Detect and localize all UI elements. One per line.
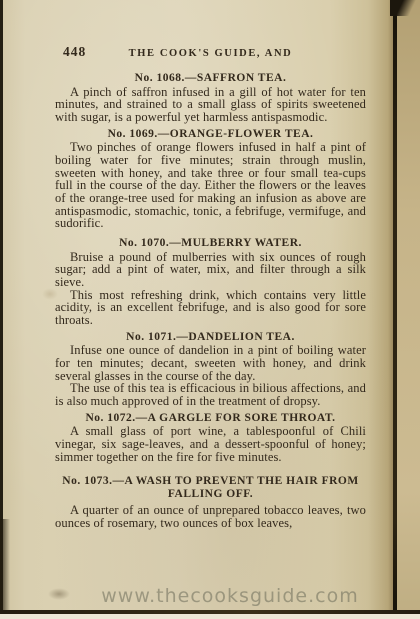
section-heading-1068: No. 1068.—SAFFRON TEA. bbox=[55, 72, 366, 85]
watermark-text: www.thecooksguide.com bbox=[40, 585, 420, 607]
page-content: 448 THE COOK'S GUIDE, AND No. 1068.—SAFF… bbox=[55, 46, 366, 530]
section-paragraph: A small glass of port wine, a tablespoon… bbox=[55, 425, 366, 463]
adjacent-page-edge bbox=[397, 0, 420, 614]
page-header: 448 THE COOK'S GUIDE, AND bbox=[55, 46, 366, 61]
section-paragraph: This most refreshing drink, which contai… bbox=[55, 289, 366, 327]
section-paragraph: Bruise a pound of mulberries with six ou… bbox=[55, 251, 366, 289]
section-heading-1073: No. 1073.—A WASH TO PREVENT THE HAIR FRO… bbox=[55, 475, 366, 500]
page-number: 448 bbox=[63, 46, 86, 59]
section-paragraph: A quarter of an ounce of unprepared toba… bbox=[55, 504, 366, 529]
scan-corner-shadow bbox=[390, 0, 420, 16]
book-page: 448 THE COOK'S GUIDE, AND No. 1068.—SAFF… bbox=[0, 0, 420, 614]
section-paragraph: The use of this tea is efficacious in bi… bbox=[55, 382, 366, 407]
scan-left-shadow bbox=[0, 519, 10, 614]
section-paragraph: A pinch of saffron infused in a gill of … bbox=[55, 86, 366, 124]
section-heading-1070: No. 1070.—MULBERRY WATER. bbox=[55, 237, 366, 250]
section-heading-1071: No. 1071.—DANDELION TEA. bbox=[55, 331, 366, 344]
section-heading-1069: No. 1069.—ORANGE-FLOWER TEA. bbox=[55, 128, 366, 141]
section-paragraph: Infuse one ounce of dandelion in a pint … bbox=[55, 344, 366, 382]
section-paragraph: Two pinches of orange flowers infused in… bbox=[55, 141, 366, 230]
running-header: THE COOK'S GUIDE, AND bbox=[55, 46, 366, 61]
scan-background-strip bbox=[0, 614, 420, 619]
section-heading-1072: No. 1072.—A GARGLE FOR SORE THROAT. bbox=[55, 412, 366, 425]
